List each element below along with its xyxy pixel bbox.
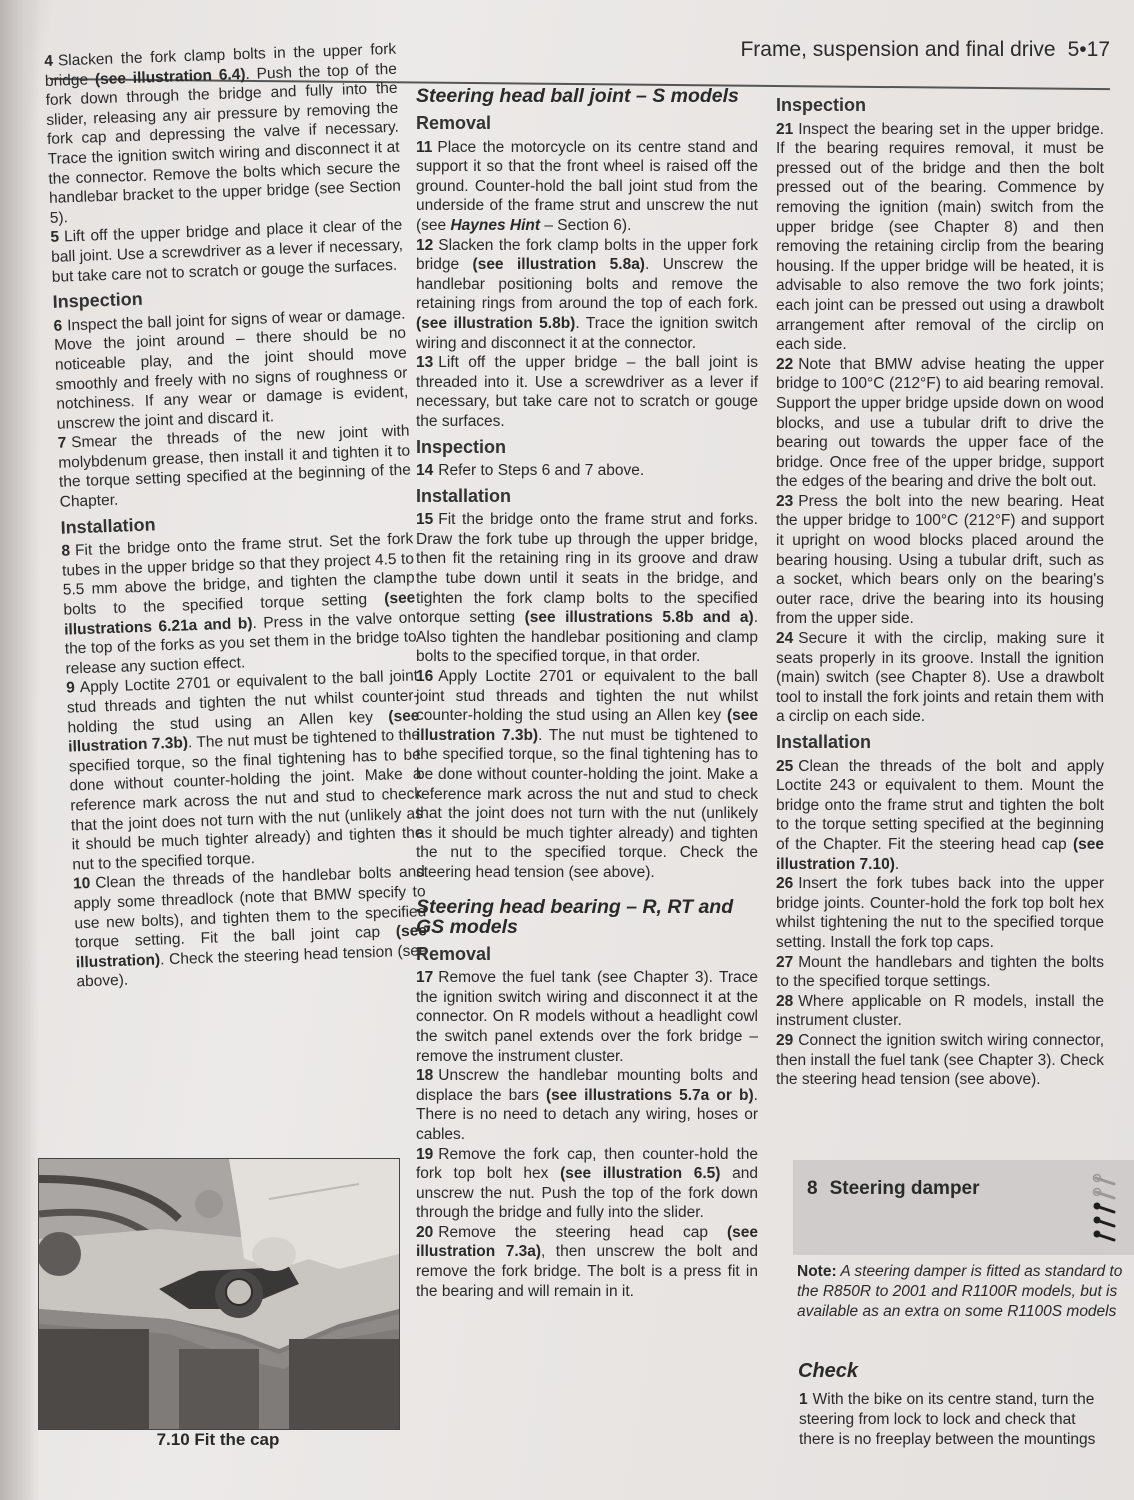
section-heading-bearing: Steering head bearing – R, RT and GS mod…: [416, 897, 758, 937]
haynes-hint-ref: Haynes Hint: [450, 217, 540, 234]
step-5: 5Lift off the upper bridge and place it …: [50, 216, 404, 287]
step-18: 18Unscrew the handlebar mounting bolts a…: [416, 1066, 758, 1144]
step-19: 19Remove the fork cap, then counter-hold…: [416, 1145, 758, 1223]
subheading-removal: Removal: [416, 945, 758, 965]
page-gutter-shadow: [0, 0, 40, 1500]
illustration-ref: (see illustrations 5.8b and a): [525, 609, 754, 626]
column-right: Inspection 21Inspect the bearing set in …: [776, 96, 1104, 1090]
step-20: 20Remove the steering head cap (see illu…: [416, 1223, 758, 1301]
spanner-rating-icon: [1092, 1170, 1118, 1242]
step-24: 24Secure it with the circlip, making sur…: [776, 629, 1104, 727]
step-28: 28Where applicable on R models, install …: [776, 992, 1104, 1031]
subheading-inspection: Inspection: [776, 96, 1104, 116]
figure-caption: 7.10 Fit the cap: [38, 1430, 398, 1450]
step-12: 12Slacken the fork clamp bolts in the up…: [416, 236, 758, 354]
step-13: 13Lift off the upper bridge – the ball j…: [416, 353, 758, 431]
step-10: 10Clean the threads of the handlebar bol…: [73, 863, 429, 993]
step-6: 6Inspect the ball joint for signs of wea…: [53, 304, 409, 434]
section-heading-ball-joint: Steering head ball joint – S models: [416, 86, 758, 106]
fork-bridge-cap-photo: [39, 1159, 399, 1429]
step-14: 14Refer to Steps 6 and 7 above.: [416, 461, 758, 481]
subheading-installation: Installation: [776, 733, 1104, 753]
section-8-note: Note: A steering damper is fitted as sta…: [797, 1262, 1134, 1322]
step-29: 29Connect the ignition switch wiring con…: [776, 1031, 1104, 1090]
step-15: 15Fit the bridge onto the frame strut an…: [416, 510, 758, 667]
step-17: 17Remove the fuel tank (see Chapter 3). …: [416, 968, 758, 1066]
illustration-ref: (see illustration 5.8a): [473, 256, 645, 273]
column-left: 4Slacken the fork clamp bolts in the upp…: [44, 40, 429, 993]
section-8-header-box: 8Steering damper: [793, 1160, 1134, 1255]
illustration-ref: (see illustration 6.4): [95, 66, 246, 88]
step-16: 16Apply Loctite 2701 or equivalent to th…: [416, 667, 758, 883]
illustration-ref: (see illustration 5.8b): [416, 315, 575, 332]
step-25: 25Clean the threads of the bolt and appl…: [776, 757, 1104, 875]
step-8: 8Fit the bridge onto the frame strut. Se…: [61, 530, 418, 679]
step-22: 22Note that BMW advise heating the upper…: [776, 355, 1104, 492]
subheading-installation: Installation: [416, 487, 758, 507]
step-4: 4Slacken the fork clamp bolts in the upp…: [44, 40, 402, 229]
subheading-inspection: Inspection: [416, 438, 758, 458]
step-26: 26Insert the fork tubes back into the up…: [776, 874, 1104, 952]
page-number: 5•17: [1068, 38, 1110, 61]
step-9: 9Apply Loctite 2701 or equivalent to the…: [66, 667, 425, 875]
subheading-removal: Removal: [416, 114, 758, 134]
illustration-ref: (see illustrations 5.7a or b): [546, 1087, 754, 1104]
step-11: 11Place the motorcycle on its centre sta…: [416, 138, 758, 236]
step-23: 23Press the bolt into the new bearing. H…: [776, 492, 1104, 629]
illustration-ref: (see illustration 6.5): [560, 1165, 720, 1182]
column-middle: Steering head ball joint – S models Remo…: [416, 86, 758, 1301]
running-header: Frame, suspension and final drive5•17: [690, 38, 1110, 62]
step-7: 7Smear the threads of the new joint with…: [57, 422, 412, 513]
step-27: 27Mount the handlebars and tighten the b…: [776, 953, 1104, 992]
chapter-title: Frame, suspension and final drive: [740, 38, 1055, 61]
step-21: 21Inspect the bearing set in the upper b…: [776, 120, 1104, 355]
section-8-title: 8Steering damper: [807, 1178, 980, 1200]
subheading-check: Check: [798, 1360, 858, 1383]
figure-7-10-photo: [38, 1158, 400, 1430]
check-step-1: 1With the bike on its centre stand, turn…: [799, 1390, 1134, 1450]
